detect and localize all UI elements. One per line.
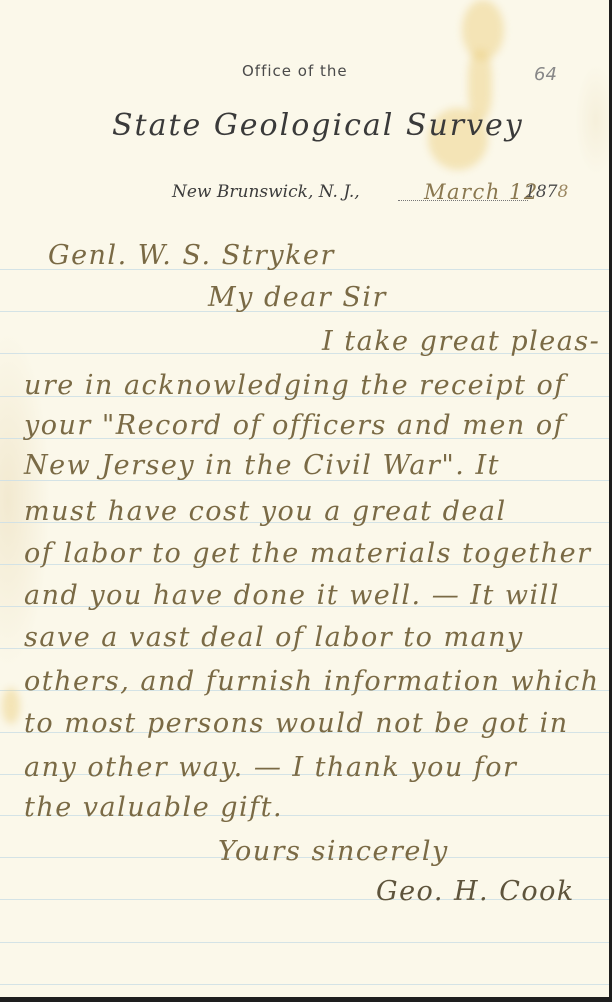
body-line: your "Record of officers and men of bbox=[24, 410, 565, 441]
body-line: I take great pleas- bbox=[322, 326, 600, 357]
letterhead-organization: State Geological Survey bbox=[112, 108, 524, 143]
year-printed: 187 bbox=[525, 182, 557, 202]
ruled-line bbox=[0, 942, 609, 943]
body-line: of labor to get the materials together bbox=[24, 538, 592, 569]
body-line: ure in acknowledging the receipt of bbox=[24, 370, 566, 401]
body-line: any other way. — I thank you for bbox=[24, 752, 517, 783]
addressee: Genl. W. S. Stryker bbox=[48, 240, 335, 271]
folio-number: 64 bbox=[534, 64, 557, 85]
body-line: to most persons would not be got in bbox=[24, 708, 569, 739]
body-line: must have cost you a great deal bbox=[24, 496, 507, 527]
closing: Yours sincerely bbox=[218, 836, 449, 867]
letterhead-place: New Brunswick, N. J., bbox=[172, 182, 360, 202]
body-line: New Jersey in the Civil War". It bbox=[24, 450, 500, 481]
handwritten-date: March 12 bbox=[424, 180, 539, 204]
body-line: others, and furnish information which bbox=[24, 666, 600, 697]
water-stain bbox=[2, 688, 20, 724]
year-handwritten-digit: 8 bbox=[557, 182, 568, 202]
body-line: save a vast deal of labor to many bbox=[24, 622, 524, 653]
date-year: 1878 bbox=[525, 182, 568, 202]
ruled-line bbox=[0, 984, 609, 985]
signature: Geo. H. Cook bbox=[376, 876, 575, 907]
salutation: My dear Sir bbox=[208, 282, 387, 313]
body-line: the valuable gift. bbox=[24, 792, 283, 823]
letterhead-office: Office of the bbox=[242, 62, 348, 80]
letter-page: 64 Office of the State Geological Survey… bbox=[0, 0, 612, 1002]
body-line: and you have done it well. — It will bbox=[24, 580, 560, 611]
